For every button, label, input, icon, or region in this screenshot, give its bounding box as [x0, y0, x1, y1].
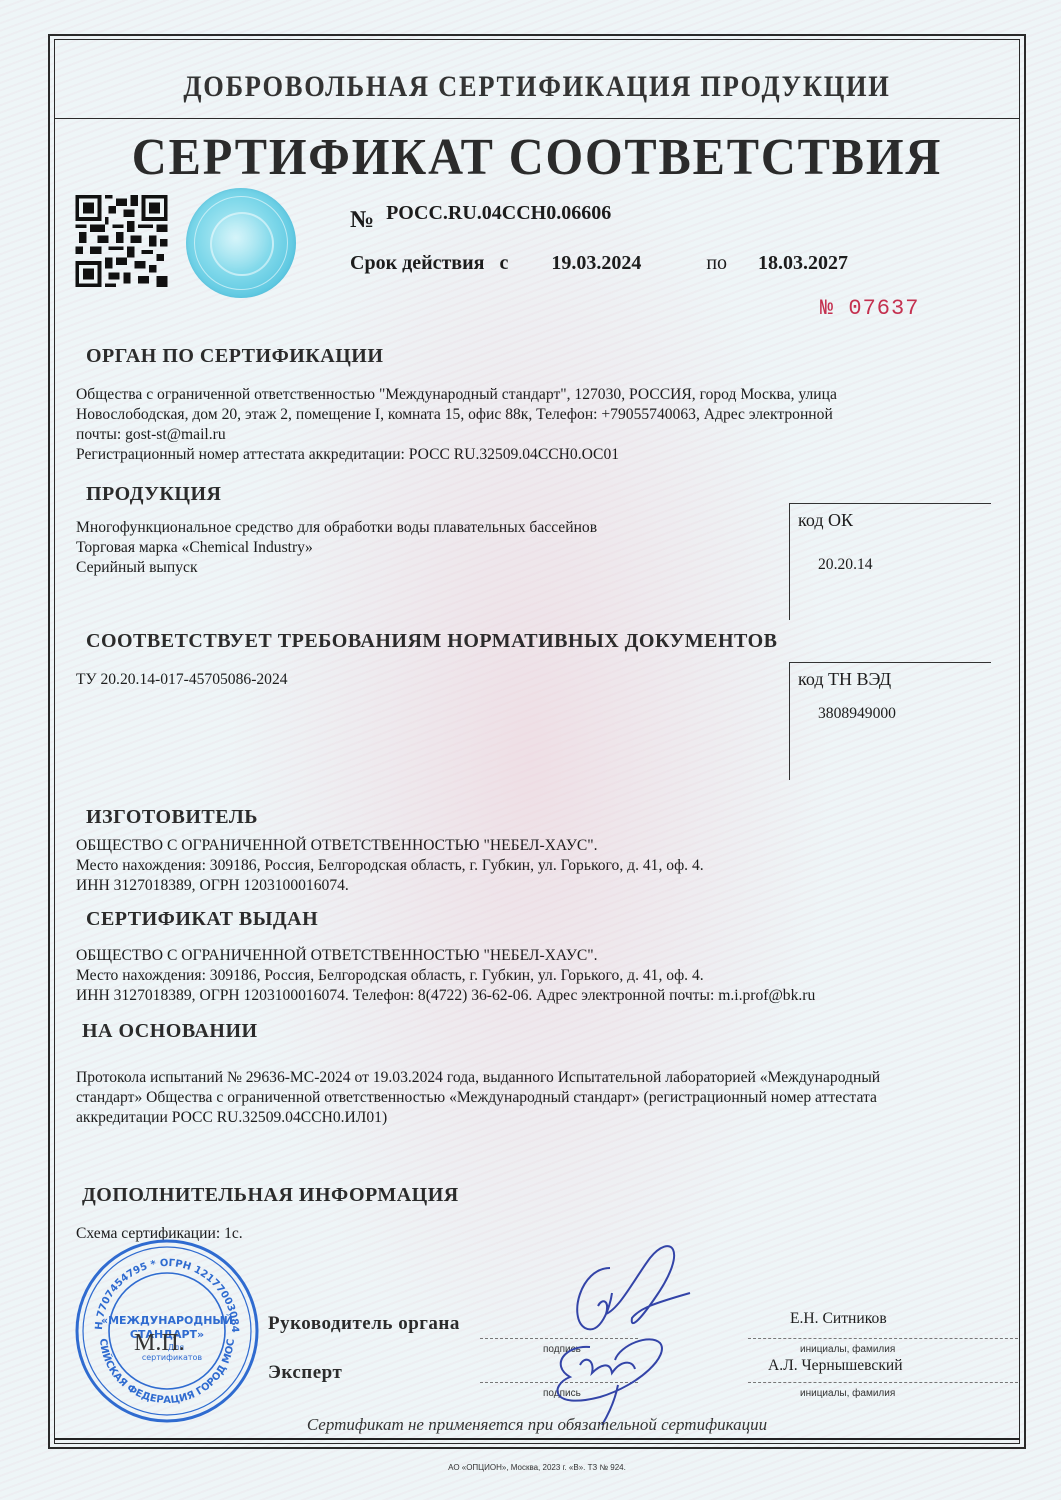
ok-code-box: код ОК 20.20.14: [789, 503, 991, 620]
section-title-product: ПРОДУКЦИЯ: [86, 483, 221, 506]
validity-from-label: с: [499, 252, 508, 275]
tnved-code-label: код ТН ВЭД: [798, 669, 891, 690]
expert-name: А.Л. Чернышевский: [768, 1356, 903, 1376]
footer-note: Сертификат не применяется при обязательн…: [54, 1415, 1020, 1435]
certificate-number: №РОСС.RU.04ССН0.06606: [350, 199, 611, 226]
basis-details: Протокола испытаний № 29636-МС-2024 от 1…: [76, 1068, 880, 1128]
head-name-line: [748, 1338, 1018, 1339]
section-title-certification-body: ОРГАН ПО СЕРТИФИКАЦИИ: [86, 345, 383, 368]
section-title-conformity: СООТВЕТСТВУЕТ ТРЕБОВАНИЯМ НОРМАТИВНЫХ ДО…: [86, 630, 778, 653]
ok-code-label: код ОК: [798, 510, 853, 531]
expert-name-line: [748, 1382, 1018, 1383]
issued-to-details: ОБЩЕСТВО С ОГРАНИЧЕННОЙ ОТВЕТСТВЕННОСТЬЮ…: [76, 946, 815, 1006]
seal-place-label: М.П.: [134, 1330, 185, 1357]
section-title-basis: НА ОСНОВАНИИ: [82, 1020, 258, 1043]
tnved-code-box: код ТН ВЭД 3808949000: [789, 662, 991, 780]
validity-period: Срок действия с 19.03.2024 по 18.03.2027: [350, 252, 848, 275]
footer-rule: [54, 1438, 1020, 1440]
svg-text:«МЕЖДУНАРОДНЫЙ: «МЕЖДУНАРОДНЫЙ: [101, 1314, 233, 1327]
printer-imprint: АО «ОПЦИОН», Москва, 2023 г. «В». ТЗ № 9…: [54, 1463, 1020, 1472]
validity-to-label: по: [706, 252, 727, 275]
valid-from-date: 19.03.2024: [551, 252, 641, 275]
expert-signature-icon: [520, 1325, 690, 1425]
qr-code-icon: [75, 195, 168, 287]
document-title: СЕРТИФИКАТ СООТВЕТСТВИЯ: [88, 128, 986, 187]
tnved-code-value: 3808949000: [818, 705, 896, 723]
valid-to-date: 18.03.2027: [758, 252, 848, 275]
expert-name-caption: инициалы, фамилия: [800, 1388, 895, 1399]
head-name: Е.Н. Ситников: [790, 1309, 887, 1329]
section-title-issued-to: СЕРТИФИКАТ ВЫДАН: [86, 908, 318, 931]
number-sign: №: [350, 207, 374, 233]
expert-role-label: Эксперт: [268, 1362, 342, 1384]
header-divider: [54, 118, 1020, 119]
ok-code-value: 20.20.14: [818, 556, 873, 574]
certificate-number-value: РОСС.RU.04ССН0.06606: [386, 202, 611, 224]
certification-body-details: Общества с ограниченной ответственностью…: [76, 385, 837, 465]
normative-documents: ТУ 20.20.14-017-45705086-2024: [76, 670, 288, 690]
section-title-manufacturer: ИЗГОТОВИТЕЛЬ: [86, 806, 258, 829]
head-role-label: Руководитель органа: [268, 1313, 460, 1335]
form-serial-number: № 07637: [820, 296, 919, 321]
product-details: Многофункциональное средство для обработ…: [76, 518, 597, 578]
section-title-additional-info: ДОПОЛНИТЕЛЬНАЯ ИНФОРМАЦИЯ: [82, 1184, 459, 1207]
hologram-globe-icon: [186, 188, 296, 298]
document-category: ДОБРОВОЛЬНАЯ СЕРТИФИКАЦИЯ ПРОДУКЦИИ: [112, 70, 962, 104]
manufacturer-details: ОБЩЕСТВО С ОГРАНИЧЕННОЙ ОТВЕТСТВЕННОСТЬЮ…: [76, 836, 704, 896]
validity-label: Срок действия: [350, 252, 484, 275]
head-name-caption: инициалы, фамилия: [800, 1344, 895, 1355]
